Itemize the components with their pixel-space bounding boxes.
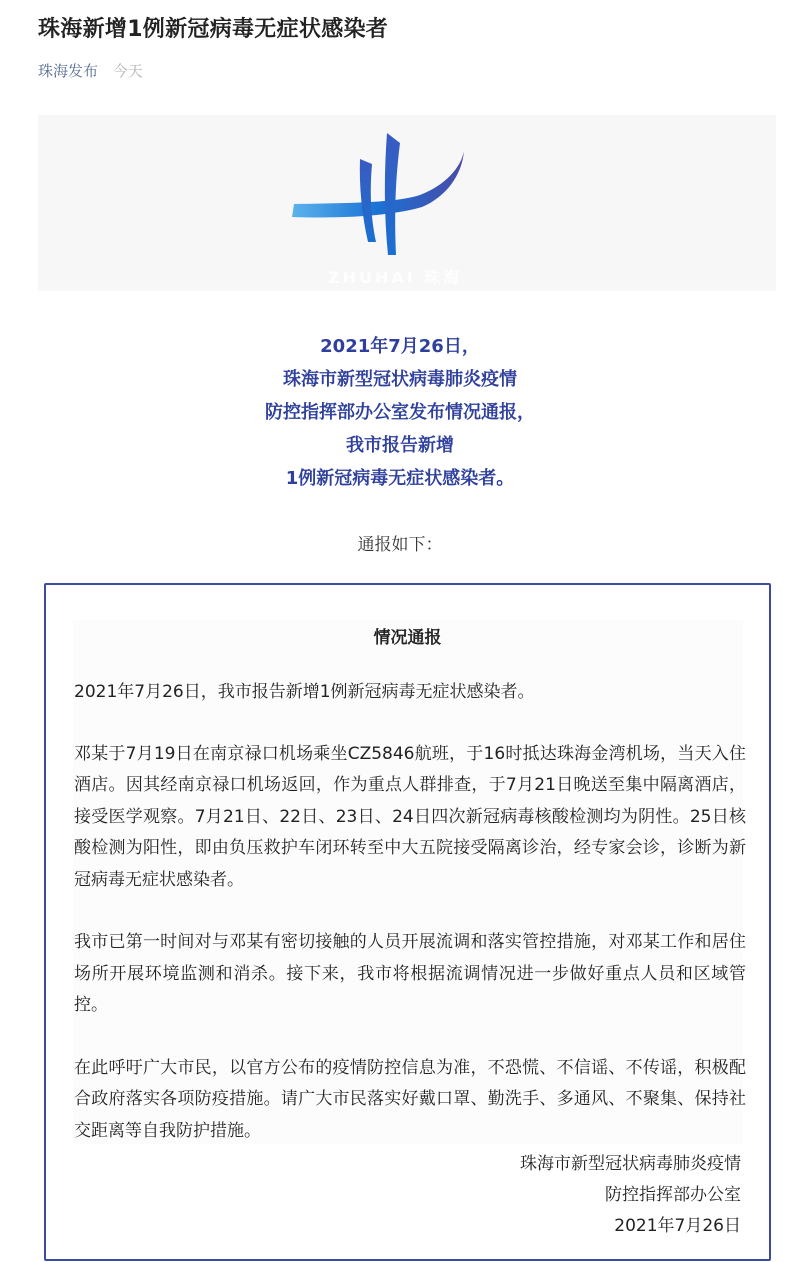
report-title: 情况通报 [46, 625, 769, 651]
signature-line: 防控指挥部办公室 [520, 1180, 741, 1211]
signature-line: 珠海市新型冠状病毒肺炎疫情 [520, 1149, 741, 1180]
lead-line: 防控指挥部办公室发布情况通报， [0, 396, 800, 429]
zhuhai-logo-icon [286, 127, 466, 257]
intro-text: 通报如下： [0, 532, 800, 558]
article-page: 珠海新增1例新冠病毒无症状感染者 珠海发布 今天 [0, 0, 800, 1262]
banner-image: ZHUHAI 珠海 [38, 115, 776, 291]
signature-date: 2021年7月26日 [520, 1211, 741, 1242]
author-link[interactable]: 珠海发布 [38, 62, 98, 80]
report-box: 情况通报 2021年7月26日，我市报告新增1例新冠病毒无症状感染者。 邓某于7… [44, 583, 771, 1261]
report-body: 2021年7月26日，我市报告新增1例新冠病毒无症状感染者。 邓某于7月19日在… [74, 677, 746, 1178]
lead-line: 我市报告新增 [0, 429, 800, 462]
publish-time: 今天 [113, 62, 143, 80]
lead-line: 2021年7月26日， [0, 330, 800, 363]
article-meta: 珠海发布 今天 [38, 60, 143, 82]
banner-watermark: ZHUHAI 珠海 [328, 265, 462, 288]
report-paragraph: 我市已第一时间对与邓某有密切接触的人员开展流调和落实管控措施，对邓某工作和居住场… [74, 927, 746, 1022]
article-title: 珠海新增1例新冠病毒无症状感染者 [38, 14, 388, 46]
report-paragraph: 在此呼吁广大市民，以官方公布的疫情防控信息为准，不恐慌、不信谣、不传谣，积极配合… [74, 1053, 746, 1148]
lead-summary: 2021年7月26日， 珠海市新型冠状病毒肺炎疫情 防控指挥部办公室发布情况通报… [0, 330, 800, 495]
lead-line: 1例新冠病毒无症状感染者。 [0, 462, 800, 495]
lead-line: 珠海市新型冠状病毒肺炎疫情 [0, 363, 800, 396]
report-paragraph: 2021年7月26日，我市报告新增1例新冠病毒无症状感染者。 [74, 677, 746, 709]
report-signature: 珠海市新型冠状病毒肺炎疫情 防控指挥部办公室 2021年7月26日 [520, 1149, 741, 1242]
report-paragraph: 邓某于7月19日在南京禄口机场乘坐CZ5846航班，于16时抵达珠海金湾机场，当… [74, 739, 746, 897]
